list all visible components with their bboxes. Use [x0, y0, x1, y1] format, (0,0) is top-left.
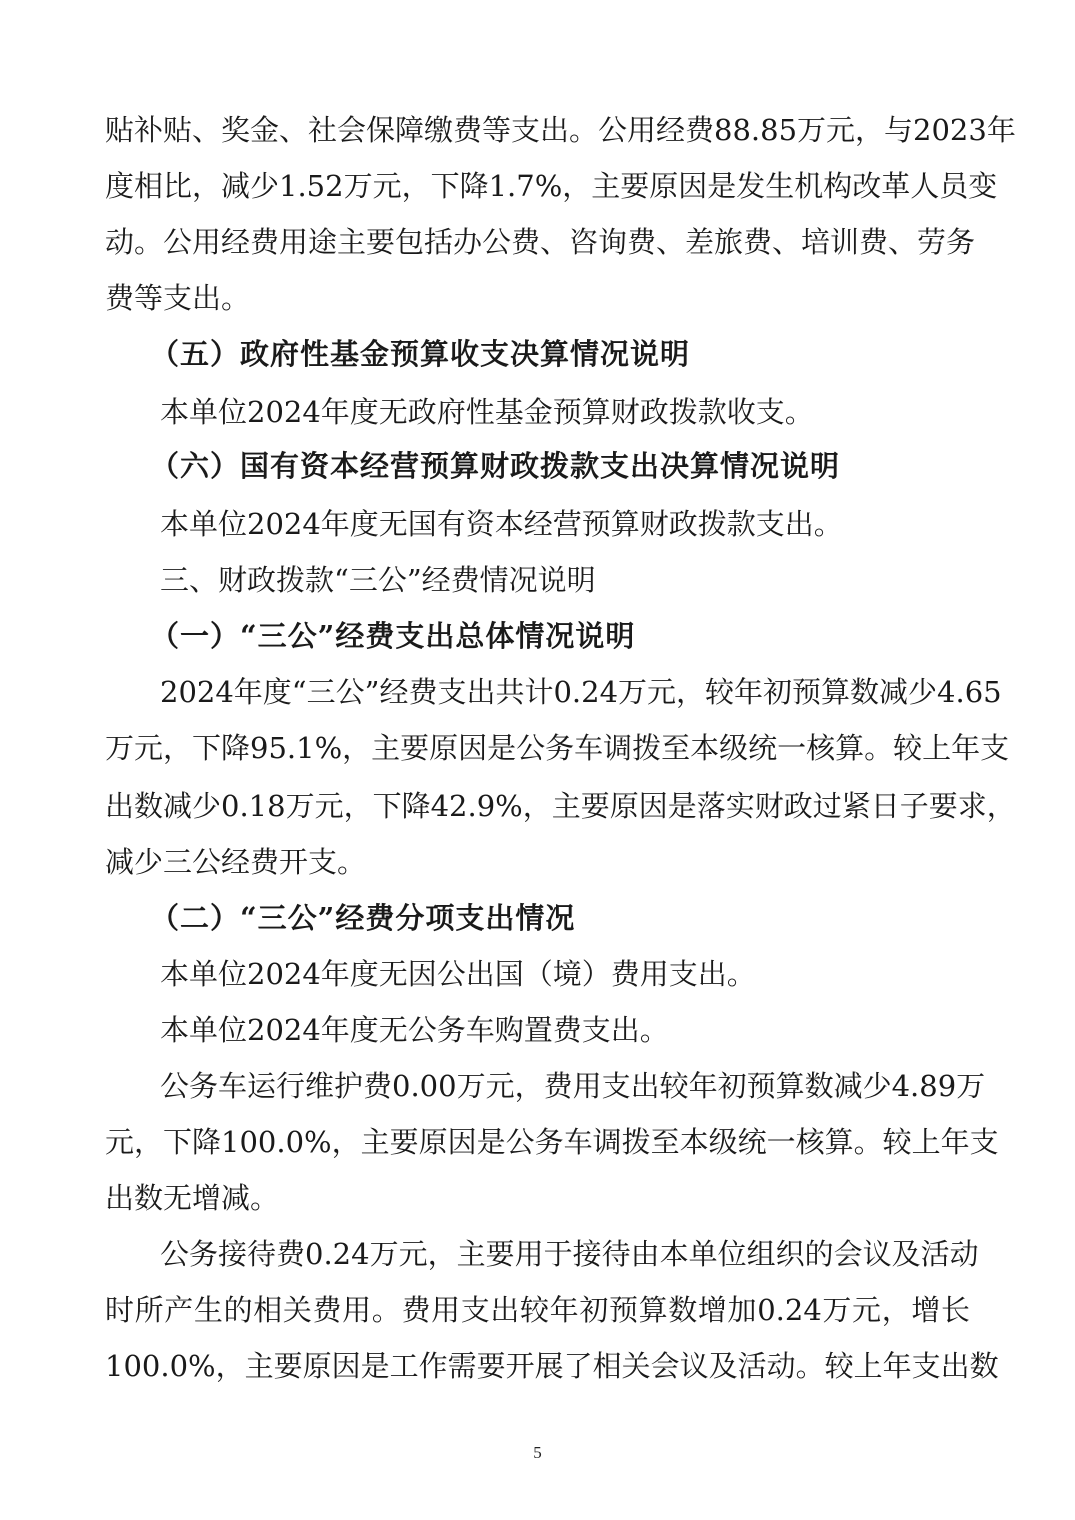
subsection-heading-itemized: （二）“三公”经费分项支出情况	[150, 898, 575, 938]
section-heading-government-fund: （五）政府性基金预算收支决算情况说明	[150, 334, 690, 374]
paragraph-line: 2024年度“三公”经费支出共计0.24万元，较年初预算数减少4.65	[160, 672, 970, 712]
paragraph-line: 公务车运行维护费0.00万元，费用支出较年初预算数减少4.89万	[160, 1066, 970, 1106]
subsection-heading-overall: （一）“三公”经费支出总体情况说明	[150, 616, 635, 656]
paragraph-line: 减少三公经费开支。	[105, 842, 970, 882]
page-number: 5	[0, 1443, 1075, 1463]
paragraph-abroad: 本单位2024年度无因公出国（境）费用支出。	[160, 954, 756, 994]
paragraph-line: 公务接待费0.24万元，主要用于接待由本单位组织的会议及活动	[160, 1234, 970, 1274]
section-heading-state-capital: （六）国有资本经营预算财政拨款支出决算情况说明	[150, 446, 840, 486]
part-heading-three-public-expenses: 三、财政拨款“三公”经费情况说明	[160, 560, 596, 600]
paragraph-line: 万元，下降95.1%，主要原因是公务车调拨至本级统一核算。较上年支	[105, 728, 970, 768]
paragraph-line: 度相比，减少1.52万元，下降1.7%，主要原因是发生机构改革人员变	[105, 166, 970, 206]
paragraph-line: 动。公用经费用途主要包括办公费、咨询费、差旅费、培训费、劳务	[105, 222, 970, 262]
section-body-state-capital: 本单位2024年度无国有资本经营预算财政拨款支出。	[160, 504, 843, 544]
paragraph-line: 出数无增减。	[105, 1178, 970, 1218]
paragraph-line: 100.0%，主要原因是工作需要开展了相关会议及活动。较上年支出数	[105, 1346, 970, 1386]
paragraph-line: 元，下降100.0%，主要原因是公务车调拨至本级统一核算。较上年支	[105, 1122, 970, 1162]
document-page: 贴补贴、奖金、社会保障缴费等支出。公用经费88.85万元，与2023年 度相比，…	[0, 0, 1075, 1520]
paragraph-vehicle-purchase: 本单位2024年度无公务车购置费支出。	[160, 1010, 669, 1050]
paragraph-line: 出数减少0.18万元，下降42.9%，主要原因是落实财政过紧日子要求，	[105, 786, 970, 826]
paragraph-line: 贴补贴、奖金、社会保障缴费等支出。公用经费88.85万元，与2023年	[105, 110, 970, 150]
paragraph-line: 时所产生的相关费用。费用支出较年初预算数增加0.24万元，增长	[105, 1290, 970, 1330]
paragraph-line: 费等支出。	[105, 278, 970, 318]
section-body-government-fund: 本单位2024年度无政府性基金预算财政拨款收支。	[160, 392, 814, 432]
